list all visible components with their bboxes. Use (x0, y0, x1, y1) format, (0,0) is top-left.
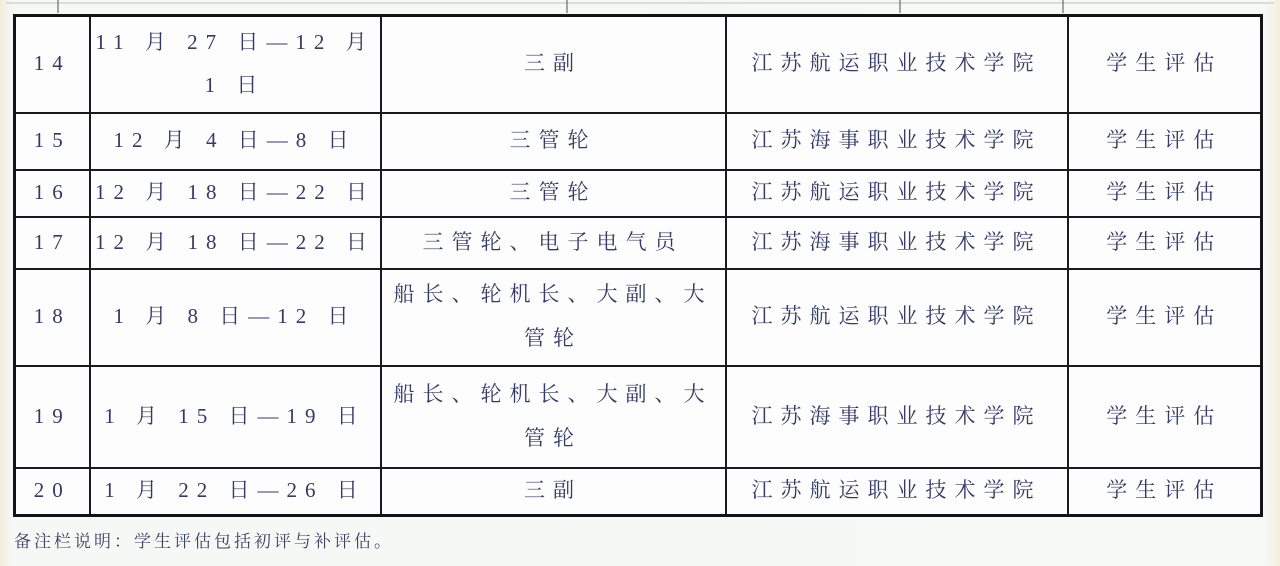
row-number-cell: 18 (15, 269, 90, 366)
position-cell: 三管轮 (381, 113, 726, 170)
table-row: 19 1 月 15 日—19 日 船长、轮机长、大副、大管轮 江苏海事职业技术学… (15, 366, 1262, 468)
table-row: 15 12 月 4 日—8 日 三管轮 江苏海事职业技术学院 学生评估 (15, 113, 1262, 170)
date-cell: 1 月 15 日—19 日 (90, 366, 381, 468)
date-cell: 12 月 18 日—22 日 (90, 170, 381, 217)
table-row: 18 1 月 8 日—12 日 船长、轮机长、大副、大管轮 江苏航运职业技术学院… (15, 269, 1262, 366)
row-number-cell: 16 (15, 170, 90, 217)
institution-cell: 江苏航运职业技术学院 (726, 16, 1068, 113)
evaluation-cell: 学生评估 (1068, 366, 1262, 468)
row-number-cell: 17 (15, 217, 90, 269)
position-cell: 三管轮 (381, 170, 726, 217)
table-row: 20 1 月 22 日—26 日 三副 江苏航运职业技术学院 学生评估 (15, 468, 1262, 516)
remarks-footnote: 备注栏说明：学生评估包括初评与补评估。 (14, 527, 394, 552)
cropped-row-remnant-stub (1062, 0, 1064, 13)
evaluation-cell: 学生评估 (1068, 170, 1262, 217)
position-cell: 船长、轮机长、大副、大管轮 (381, 366, 726, 468)
cropped-row-remnant-line (6, 2, 1274, 4)
row-number-cell: 14 (15, 16, 90, 113)
row-number-cell: 19 (15, 366, 90, 468)
position-cell: 三副 (381, 468, 726, 516)
date-cell: 12 月 18 日—22 日 (90, 217, 381, 269)
position-cell: 三副 (381, 16, 726, 113)
cropped-row-remnant-stub (566, 0, 568, 13)
institution-cell: 江苏海事职业技术学院 (726, 113, 1068, 170)
institution-cell: 江苏海事职业技术学院 (726, 366, 1068, 468)
row-number-cell: 20 (15, 468, 90, 516)
evaluation-cell: 学生评估 (1068, 468, 1262, 516)
institution-cell: 江苏航运职业技术学院 (726, 468, 1068, 516)
position-cell: 船长、轮机长、大副、大管轮 (381, 269, 726, 366)
date-cell: 1 月 22 日—26 日 (90, 468, 381, 516)
position-cell: 三管轮、电子电气员 (381, 217, 726, 269)
row-number-cell: 15 (15, 113, 90, 170)
table-row: 14 11 月 27 日—12 月 1 日 三副 江苏航运职业技术学院 学生评估 (15, 16, 1262, 113)
date-cell: 12 月 4 日—8 日 (90, 113, 381, 170)
cropped-row-remnant-stub (57, 0, 59, 13)
evaluation-cell: 学生评估 (1068, 113, 1262, 170)
institution-cell: 江苏航运职业技术学院 (726, 170, 1068, 217)
date-cell: 1 月 8 日—12 日 (90, 269, 381, 366)
cropped-row-remnant-stub (899, 0, 901, 13)
evaluation-cell: 学生评估 (1068, 269, 1262, 366)
date-cell: 11 月 27 日—12 月 1 日 (90, 16, 381, 113)
evaluation-schedule-table: 14 11 月 27 日—12 月 1 日 三副 江苏航运职业技术学院 学生评估… (13, 14, 1263, 517)
evaluation-cell: 学生评估 (1068, 16, 1262, 113)
institution-cell: 江苏海事职业技术学院 (726, 217, 1068, 269)
table-row: 16 12 月 18 日—22 日 三管轮 江苏航运职业技术学院 学生评估 (15, 170, 1262, 217)
table-row: 17 12 月 18 日—22 日 三管轮、电子电气员 江苏海事职业技术学院 学… (15, 217, 1262, 269)
evaluation-cell: 学生评估 (1068, 217, 1262, 269)
institution-cell: 江苏航运职业技术学院 (726, 269, 1068, 366)
